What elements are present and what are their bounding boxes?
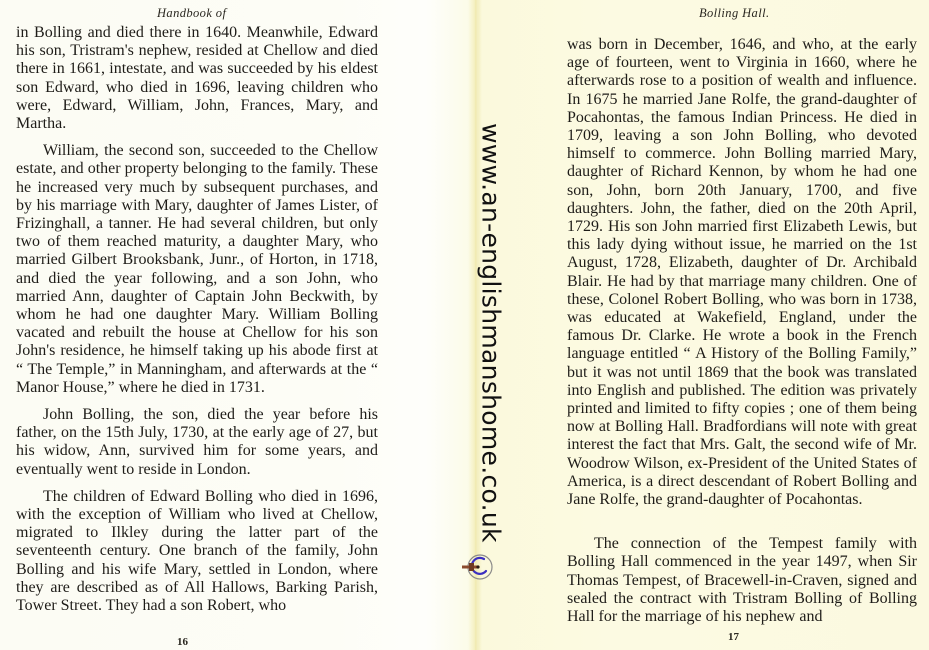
book-spread: Handbook of Bolling Hall. in Bolling and… — [0, 0, 929, 650]
left-page-text: in Bolling and died there in 1640. Meanw… — [16, 24, 378, 615]
paragraph: William, the second son, succeeded to th… — [16, 142, 378, 397]
paragraph: The connection of the Tempest family wit… — [567, 535, 917, 626]
right-running-head: Bolling Hall. — [699, 6, 769, 21]
paragraph: in Bolling and died there in 1640. Meanw… — [16, 24, 378, 133]
paragraph: The children of Edward Bolling who died … — [16, 488, 378, 615]
compass-c-logo-icon — [459, 549, 495, 585]
right-page-number: 17 — [728, 631, 739, 643]
watermark-url: www.an-englishmanshome.co.uk — [477, 123, 506, 543]
left-running-head: Handbook of — [157, 6, 226, 21]
paragraph: John Bolling, the son, died the year bef… — [16, 406, 378, 479]
left-page-number: 16 — [177, 636, 188, 648]
right-page-text: was born in December, 1646, and who, at … — [567, 36, 917, 626]
paragraph: was born in December, 1646, and who, at … — [567, 36, 917, 509]
